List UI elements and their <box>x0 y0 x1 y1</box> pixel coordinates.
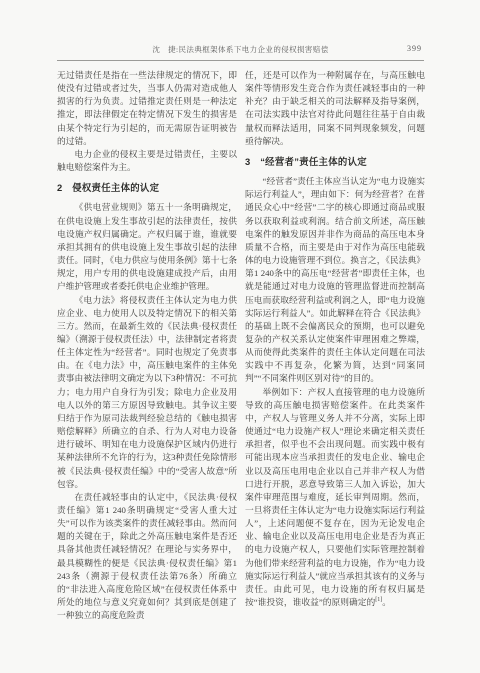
paragraph-no-fault-liability: 无过错责任是指在一些法律规定的情况下，即使没有过错或者过失，当事人仍需对造成他人… <box>57 69 237 148</box>
article-body: 无过错责任是指在一些法律规定的情况下，即使没有过错或者过失，当事人仍需对造成他人… <box>57 69 425 622</box>
left-column: 无过错责任是指在一些法律规定的情况下，即使没有过错或者过失，当事人仍需对造成他人… <box>57 69 237 622</box>
paragraph-example: 举例如下：产权人直接管理的电力设施所导致的高压触电损害赔偿案件。在此类案件中，产… <box>245 386 425 610</box>
paragraph-electric-law: 《电力法》将侵权责任主体认定为电力供应企业、电力使用人以及特定情况下的相关第三方… <box>57 294 237 491</box>
paragraph-fault-liability: 电力企业的侵权主要是过错责任，主要以触电赔偿案件为主。 <box>57 148 237 174</box>
right-column: 任，还是可以作为一种附属存在，与高压触电案件等情形发生竞合作为责任减轻事由的一种… <box>245 69 425 622</box>
paragraph-operator-definition: “经营者”责任主体应当认定为“电力设施实际运行利益人”，理由如下：何为经营者？在… <box>245 175 425 386</box>
paragraph-mitigation-continued: 任，还是可以作为一种附属存在，与高压触电案件等情形发生竞合作为责任减轻事由的一种… <box>245 69 425 148</box>
paragraph-supply-rules: 《供电营业规则》第五十一条明确规定，在供电设施上发生事故引起的法律责任，按供电设… <box>57 201 237 293</box>
header-rule <box>57 60 424 61</box>
paragraph-mitigation: 在责任减轻事由的认定中，《民法典·侵权责任编》第1 240条明确规定“受害人重大… <box>57 491 237 623</box>
section-3-heading: 3 “经营者”责任主体的认定 <box>245 155 425 168</box>
running-header: 沈 捷:民法典框架体系下电力企业的侵权损害赔偿 399 <box>57 44 424 56</box>
paragraph-example-text: 举例如下：产权人直接管理的电力设施所导致的高压触电损害赔偿案件。在此类案件中，产… <box>245 387 425 608</box>
page-number: 399 <box>407 44 422 53</box>
running-title: 沈 捷:民法典框架体系下电力企业的侵权损害赔偿 <box>152 45 328 54</box>
paper-page: 沈 捷:民法典框架体系下电力企业的侵权损害赔偿 399 无过错责任是指在一些法律… <box>0 0 480 673</box>
section-2-heading: 2 侵权责任主体的认定 <box>57 181 237 194</box>
paragraph-example-period: 。 <box>382 597 391 607</box>
